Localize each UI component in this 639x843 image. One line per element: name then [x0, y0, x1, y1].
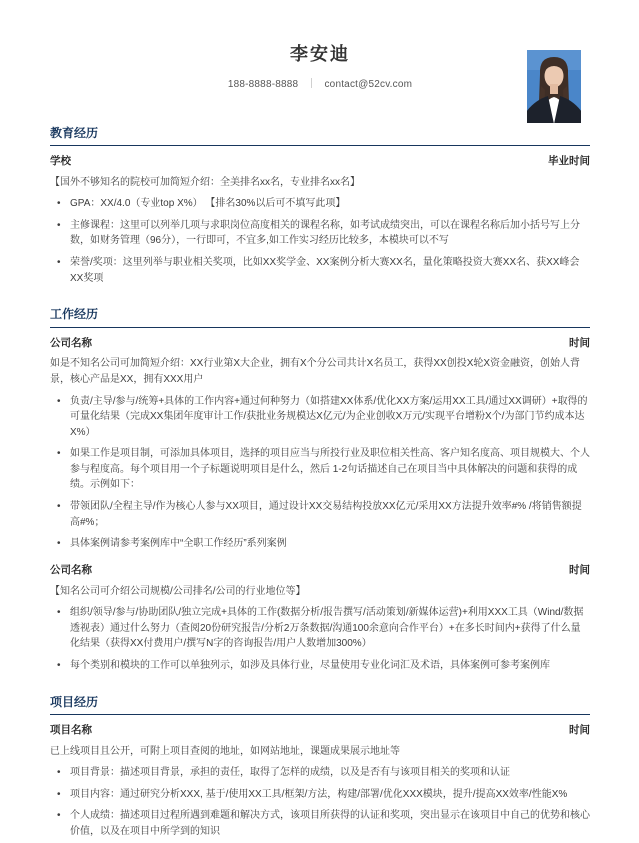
contact-line: 188-8888-8888｜contact@52cv.com	[50, 75, 590, 90]
education-bullet: 荣誉/奖项：这里列举与职业相关奖项，比如XX奖学金、XX案例分析大赛XX名，量化…	[50, 255, 590, 286]
email-address: contact@52cv.com	[324, 79, 412, 90]
project-bullet: 个人成绩：描述项目过程所遇到难题和解决方式，该项目所获得的认证和奖项，突出显示在…	[50, 808, 590, 839]
project-bullet: 项目内容：通过研究分析XXX, 基于/使用XX工具/框架/方法，构建/部署/优化…	[50, 787, 590, 803]
company-intro: 【知名公司可介绍公司规模/公司排名/公司的行业地位等】	[50, 584, 590, 600]
company-name-label: 公司名称	[50, 563, 92, 578]
section-work: 工作经历 公司名称 时间 如是不知名公司可加简短介绍：XX行业第X大企业，拥有X…	[50, 307, 590, 673]
work-bullet: 带领团队/全程主导/作为核心人参与XX项目，通过设计XX交易结构投放XX亿元/采…	[50, 499, 590, 530]
bullet-text: 个人成绩：描述项目过程所遇到难题和解决方式，该项目所获得的认证和奖项，突出显示在…	[70, 810, 590, 837]
work-bullet: 负责/主导/参与/统筹+具体的工作内容+通过何种努力（如搭建XX体系/优化XX方…	[50, 394, 590, 441]
graduation-date-label: 毕业时间	[548, 154, 590, 169]
phone-number: 188-8888-8888	[228, 79, 298, 90]
profile-photo	[527, 50, 581, 123]
bullet-text: 带领团队/全程主导/作为核心人参与XX项目，通过设计XX交易结构投放XX亿元/采…	[70, 501, 582, 528]
bullet-text: 负责/主导/参与/统筹+具体的工作内容+通过何种努力（如搭建XX体系/优化XX方…	[70, 396, 588, 438]
education-section-title: 教育经历	[50, 126, 590, 146]
education-bullet: 主修课程：这里可以列举几项与求职岗位高度相关的课程名称，如考试成绩突出，可以在课…	[50, 218, 590, 249]
bullet-text: 项目背景：描述项目背景，承担的责任，取得了怎样的成绩，以及是否有与该项目相关的奖…	[70, 767, 510, 778]
bullet-text: 项目内容：通过研究分析XXX, 基于/使用XX工具/框架/方法，构建/部署/优化…	[70, 789, 567, 800]
project-entry-header: 项目名称 时间	[50, 723, 590, 738]
work-bullet: 如果工作是项目制，可添加具体项目，选择的项目应当与所投行业及职位相关性高、客户知…	[50, 446, 590, 493]
education-intro: 【国外不够知名的院校可加简短介绍：全美排名xx名，专业排名xx名】	[50, 175, 590, 191]
work-bullet: 组织/领导/参与/协助团队/独立完成+具体的工作(数据分析/报告撰写/活动策划/…	[50, 605, 590, 652]
candidate-name: 李安迪	[50, 44, 590, 66]
bullet-text: 每个类别和模块的工作可以单独列示，如涉及具体行业，尽量使用专业化词汇及术语，具体…	[70, 660, 550, 671]
bullet-text: 如果工作是项目制，可添加具体项目，选择的项目应当与所投行业及职位相关性高、客户知…	[70, 448, 590, 490]
project-date-label: 时间	[569, 723, 590, 738]
contact-separator: ｜	[306, 79, 316, 90]
section-projects: 项目经历 项目名称 时间 已上线项目且公开，可附上项目查阅的地址，如网站地址，课…	[50, 695, 590, 840]
education-bullet: GPA：XX/4.0（专业top X%） 【排名30%以后可不填写此项】	[50, 196, 590, 212]
company-name-label: 公司名称	[50, 336, 92, 351]
project-bullet: 项目背景：描述项目背景，承担的责任，取得了怎样的成绩，以及是否有与该项目相关的奖…	[50, 765, 590, 781]
resume-page: 李安迪 188-8888-8888｜contact@52cv.com 教育经历 …	[0, 0, 639, 843]
bullet-text: 荣誉/奖项：这里列举与职业相关奖项，比如XX奖学金、XX案例分析大赛XX名，量化…	[70, 257, 579, 284]
work-entry-header: 公司名称 时间	[50, 336, 590, 351]
project-name-label: 项目名称	[50, 723, 92, 738]
work-entry-header: 公司名称 时间	[50, 563, 590, 578]
work-bullet: 每个类别和模块的工作可以单独列示，如涉及具体行业，尽量使用专业化词汇及术语，具体…	[50, 658, 590, 674]
section-education: 教育经历 学校 毕业时间 【国外不够知名的院校可加简短介绍：全美排名xx名，专业…	[50, 126, 590, 287]
work-bullet: 具体案例请参考案例库中“全职工作经历”系列案例	[50, 536, 590, 552]
company-intro: 如是不知名公司可加简短介绍：XX行业第X大企业，拥有X个分公司共计X名员工，获得…	[50, 356, 590, 387]
education-entry-header: 学校 毕业时间	[50, 154, 590, 169]
work-section-title: 工作经历	[50, 307, 590, 327]
bullet-text: 具体案例请参考案例库中“全职工作经历”系列案例	[70, 538, 287, 549]
work-date-label: 时间	[569, 563, 590, 578]
bullet-text: 组织/领导/参与/协助团队/独立完成+具体的工作(数据分析/报告撰写/活动策划/…	[70, 607, 583, 649]
school-name-label: 学校	[50, 154, 71, 169]
project-intro: 已上线项目且公开，可附上项目查阅的地址，如网站地址，课题成果展示地址等	[50, 744, 590, 760]
bullet-text: 主修课程：这里可以列举几项与求职岗位高度相关的课程名称，如考试成绩突出，可以在课…	[70, 220, 580, 247]
resume-header: 李安迪 188-8888-8888｜contact@52cv.com	[50, 44, 590, 90]
projects-section-title: 项目经历	[50, 695, 590, 715]
work-date-label: 时间	[569, 336, 590, 351]
id-photo-illustration	[527, 50, 581, 123]
bullet-text: GPA：XX/4.0（专业top X%） 【排名30%以后可不填写此项】	[70, 198, 345, 209]
